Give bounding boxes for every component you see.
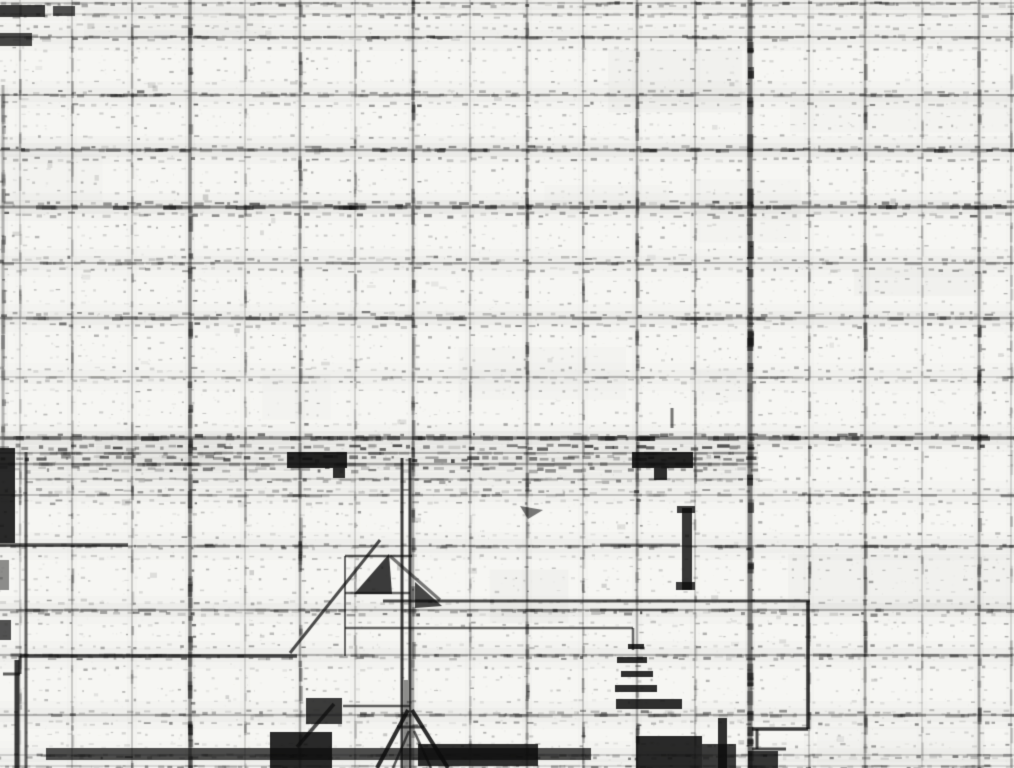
scanned-architectural-drawing	[0, 0, 1014, 768]
blueprint-grid-canvas	[0, 0, 1014, 768]
